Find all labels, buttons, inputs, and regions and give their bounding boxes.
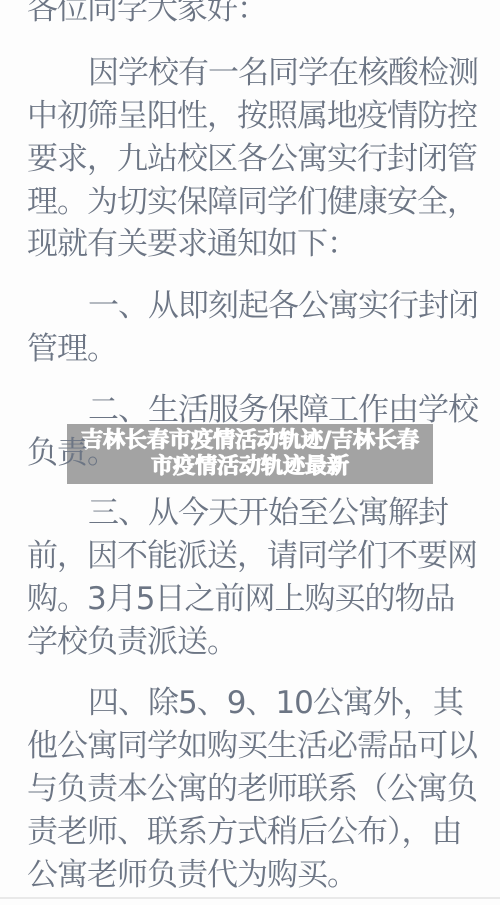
notice-line: 与负责本公寓的老师联系（公寓负 xyxy=(27,773,477,806)
notice-line: 各位同学大家好： xyxy=(27,0,267,26)
notice-line: 二、生活服务保障工作由学校 xyxy=(88,394,478,427)
notice-line: 理。为切实保障同学们健康安全， xyxy=(27,186,477,219)
notice-line: 四、除5、9、10公寓外，其 xyxy=(88,687,463,720)
notice-article-page: 各位同学大家好： 因学校有一名同学在核酸检测 中初筛呈阳性，按照属地疫情防控 要… xyxy=(0,0,500,905)
notice-line: 购。3月5日之前网上购买的物品 xyxy=(27,583,454,616)
notice-line: 因学校有一名同学在核酸检测 xyxy=(88,57,478,90)
notice-line: 一、从即刻起各公寓实行封闭 xyxy=(88,290,478,323)
notice-line: 三、从今天开始至公寓解封 xyxy=(88,497,448,530)
watermark-text-line-1: 吉林长春市疫情活动轨迹/吉林长春 xyxy=(81,428,419,454)
notice-line: 学校负责派送。 xyxy=(27,626,237,659)
notice-line: 要求，九站校区各公寓实行封闭管 xyxy=(27,143,477,176)
notice-line: 负责。 xyxy=(27,437,117,470)
notice-line: 现就有关要求通知如下： xyxy=(27,228,357,261)
notice-line: 责老师、联系方式稍后公布），由 xyxy=(27,816,462,849)
notice-line: 公寓老师负责代为购买。 xyxy=(27,859,357,892)
watermark-overlay-banner: 吉林长春市疫情活动轨迹/吉林长春 市疫情活动轨迹最新 xyxy=(67,424,433,484)
notice-line: 他公寓同学如购买生活必需品可以 xyxy=(27,730,477,763)
bottom-divider xyxy=(0,897,500,899)
notice-line: 前，因不能派送，请同学们不要网 xyxy=(27,540,477,573)
notice-line: 管理。 xyxy=(27,333,117,366)
notice-line: 中初筛呈阳性，按照属地疫情防控 xyxy=(27,100,477,133)
watermark-text-line-2: 市疫情活动轨迹最新 xyxy=(151,454,349,480)
